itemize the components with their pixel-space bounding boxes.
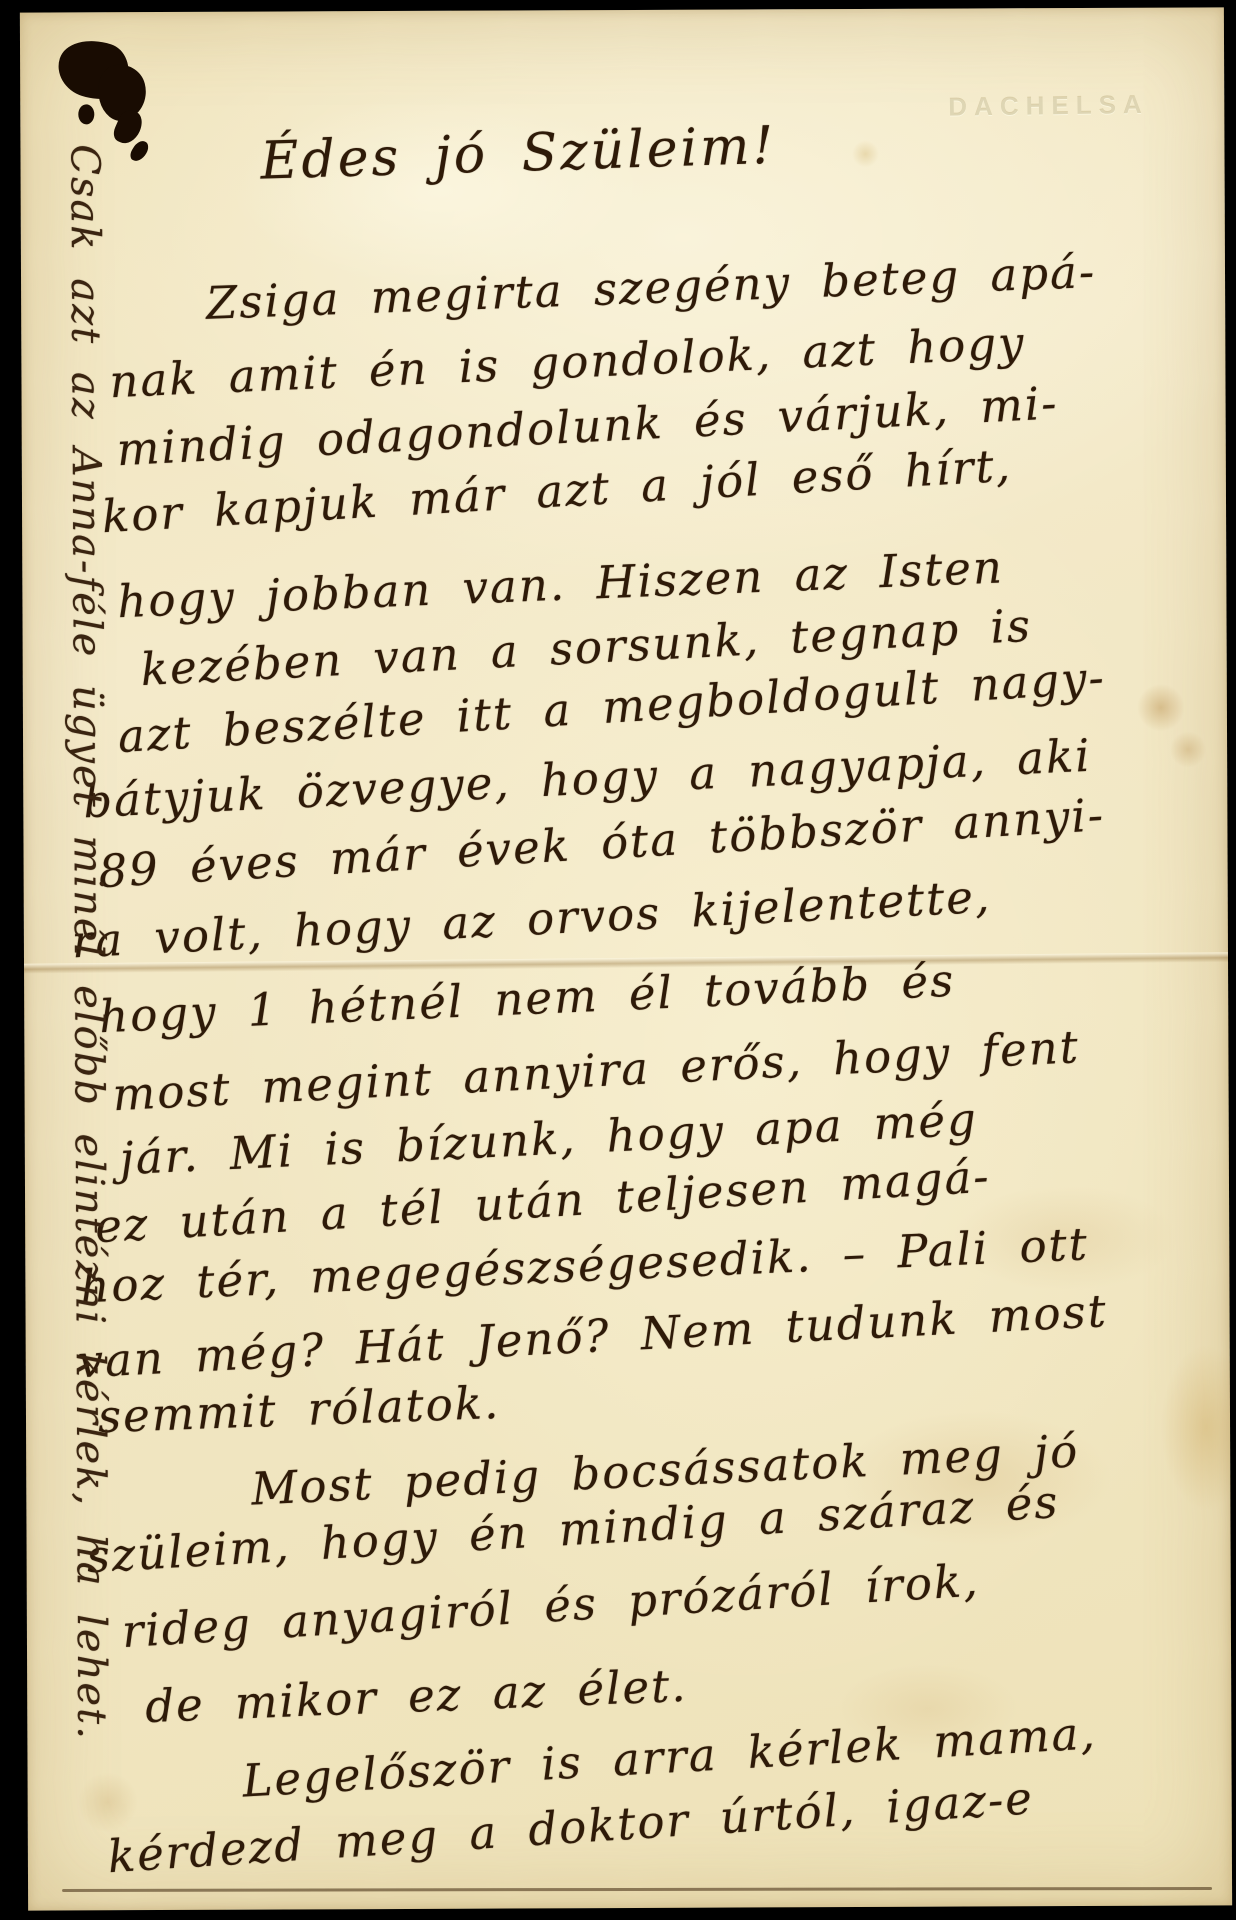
- paper-watermark: DACHELSA: [948, 89, 1178, 123]
- paper-bottom-fold-line: [62, 1887, 1212, 1892]
- margin-note: Csak azt az Anna-féle ügyet minél előbb …: [46, 144, 126, 1904]
- letter-paper: DACHELSA Édes jó Szüleim! Zsiga megirta …: [20, 7, 1232, 1910]
- scanned-letter-page: { "document": { "kind": "Handwritten let…: [0, 0, 1236, 1920]
- letter-salutation: Édes jó Szüleim!: [259, 112, 777, 196]
- letter-line: semmit rólatok.: [97, 1369, 502, 1451]
